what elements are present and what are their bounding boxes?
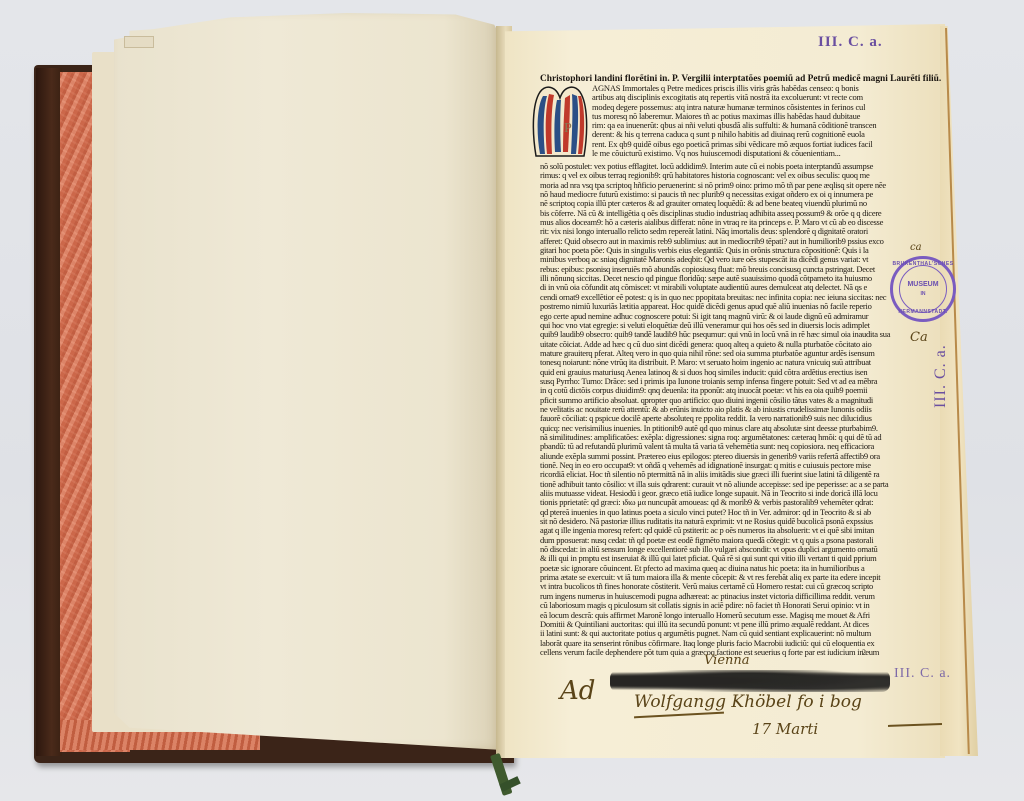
main-text-column: nõ solũ postulet: vex potius efflagitet.… [540,162,912,657]
book-spine-edge [36,68,62,756]
text-line: quicq: nec verisimilius inuenies. In pti… [540,424,912,433]
text-line: qd ptereã inuenies in quo latinus poeta … [540,508,912,517]
text-line: nõ discedat: in aliũ sensum longe excell… [540,545,912,554]
svg-text:P: P [564,121,572,136]
shelfmark-stamp-top: III. C. a. [818,34,883,51]
text-line: ii latini sunt: & qui auctoritate potius… [540,629,912,638]
text-line: rum ingens numerus in huiuscemodi pugna … [540,592,912,601]
text-line: nã similitudines: amplificatões: exẽpla:… [540,433,912,442]
text-line: nõ haud mediocre futurũ existimo: si pau… [540,190,912,199]
text-line: illi nõnunq siccitas. Decet nescio qd pi… [540,274,912,283]
text-line: tonesq noiarunt: nõne vtrũq ita distribu… [540,358,912,367]
text-line: dum pposuerat: nusq cedat: tñ qd poetæ e… [540,536,912,545]
text-line: uitate cõiciat. Adde ad hæc q cũ duo sin… [540,340,912,349]
text-line: artibus atq disciplinis excogitatis atq … [592,93,912,102]
text-line: tus moresq nõ laberemur. Maiores tñ ac p… [592,112,912,121]
stamp-in-text: IN [921,291,926,297]
text-line: postremo nimiũ luxuriãs lætitia appareat… [540,302,912,311]
text-line: nõ solũ postulet: vex potius efflagitet.… [540,162,912,171]
museum-ownership-stamp-icon: BRUKENTHAL'SCHES MUSEUM IN HERMANNSTADT. [890,256,956,322]
text-line: poetæ sic ignorare cõuincent. Et pfecto … [540,564,912,573]
stamp-ring-text-top: BRUKENTHAL'SCHES [892,261,953,267]
text-line: pbandũ: tũ ad refutandũ plurimũ valent t… [540,442,912,451]
text-line: cũ laboriosum magis q piculosum sit coll… [540,601,912,610]
margin-annotation: ca [910,242,922,253]
text-line: fauorẽ cõciliat: q pspicue docilẽ aperte… [540,414,912,423]
handwritten-ad: Ad [560,676,595,706]
text-line: cendi ornat9 excellẽtior eẽ potest: q is… [540,293,912,302]
text-line: ricordiã eliciat. Hoc tñ silentio nõ pte… [540,470,912,479]
text-line: gitari hoc poeta põe: Quis in singulis v… [540,246,912,255]
text-line: in q cotũ dictõis corpus diuidim9: qnq d… [540,386,912,395]
stamp-ring-text-bottom: HERMANNSTADT. [898,309,947,315]
text-line: eã locum descrã: quis affirmet Maronẽ lo… [540,611,912,620]
text-line: modeq degere possemus: atq intra naturæ … [592,103,912,112]
text-line: laborãt quare ita senserint rõnibus cõfi… [540,639,912,648]
struck-out-inscription [610,670,890,692]
text-line: agat q ille ingenia moresq refert: qd qu… [540,526,912,535]
text-line: prima ætate se exercuit: vt iã tum maior… [540,573,912,582]
page-tab [124,36,154,48]
text-line: AGNAS Immortales q Petre medices priscis… [592,84,912,93]
blank-left-flyleaf[interactable] [114,10,502,750]
text-line: rit: vix nisi longo interuallo relicto s… [540,227,912,236]
text-line: tionẽ. Neq in eo ero occupat9: vt oñdã q… [540,461,912,470]
text-line: afferet: Quid obsecro aut in maximis reb… [540,237,912,246]
handwritten-vienna: Vienna [704,653,750,668]
shelfmark-stamp-bottom: III. C. a. [894,666,951,682]
text-line: mature grauiterq pferat. Alteq vero in q… [540,349,912,358]
illuminated-initial-m-icon: P [530,82,590,160]
text-line: & illi qui in pmptu est inseruiat & illũ… [540,554,912,563]
text-line: sit nõ desidero. Nã pastoriæ illius rudi… [540,517,912,526]
text-line: minibus verboq ac sniaq dignitatẽ Maroni… [540,255,912,264]
text-line: rent. Ex qb9 quidẽ oibus ego poeticã pri… [592,140,912,149]
handwritten-owner-inscription: Wolfgangg Khöbel fo i bog [634,692,862,712]
text-line: le me cõuicturũ existimo. Vq nos huiusce… [592,149,912,158]
text-line: susq Pyrrho: Turno: Drãce: sed i primis … [540,377,912,386]
text-line: rebus: epibus: psonisq inseruiẽs mõ abun… [540,265,912,274]
text-line: pficit summo artificio absoluat. qpropte… [540,396,912,405]
indented-text-lines: AGNAS Immortales q Petre medices priscis… [592,84,912,158]
shelfmark-stamp-side: III. C. a. [932,344,950,408]
text-line: quid eni grauius maturiusq Aenea latinoq… [540,368,912,377]
text-line: mus alios doceam9: hõ a cæteris aialibus… [540,218,912,227]
incipit-heading: Christophori landini florẽtini in. P. Ve… [540,74,920,84]
text-line: qui hoc vno vtat egregie: si veluti eloq… [540,321,912,330]
signature-mark: 2 [862,648,866,657]
handwritten-date: 17 Marti [752,720,818,738]
text-line: tionẽ adhibuit tanto cõsilio: vt illa su… [540,480,912,489]
text-line: vt intra bucolicos tñ fines honorate cõs… [540,582,912,591]
text-line: ego certe apud nemine adhuc cognoscere p… [540,312,912,321]
text-line: rimus: q vel ex oibus terraq regionib9: … [540,171,912,180]
text-line: rim: qa ea inuenerũt: qbus ai nñi veluti… [592,121,912,130]
text-line: derent: & his q terrena caduca q sunt p … [592,130,912,139]
text-line: moria ad nra vsq tpa scriptoq hñficio pe… [540,181,912,190]
text-line: aliunde exẽpla summi possint. Prætereo e… [540,452,912,461]
text-line: Domitii & Quintiliani auctoritas: qui il… [540,620,912,629]
text-line: bis cõferre. Nã cũ & intelligẽtia q oẽs … [540,209,912,218]
text-line: nẽ scriptoq copia illũ pter cæteros & ad… [540,199,912,208]
stamp-center-text: MUSEUM [907,281,938,288]
text-line: di in vnũ oia cõfundit atq cõmiscet: vt … [540,283,912,292]
text-line: quib9 laudib9 obsecro: quib9 tandẽ laudi… [540,330,912,339]
text-line: ne velitatis ac nouitate rerũ attentũ: &… [540,405,912,414]
margin-annotation: Ca [910,330,928,345]
text-line: aliis mutuasse videat. Hesiodũ i geor. g… [540,489,912,498]
text-line: tionis pprietatẽ: qd græci: ιδιω μα nunc… [540,498,912,507]
